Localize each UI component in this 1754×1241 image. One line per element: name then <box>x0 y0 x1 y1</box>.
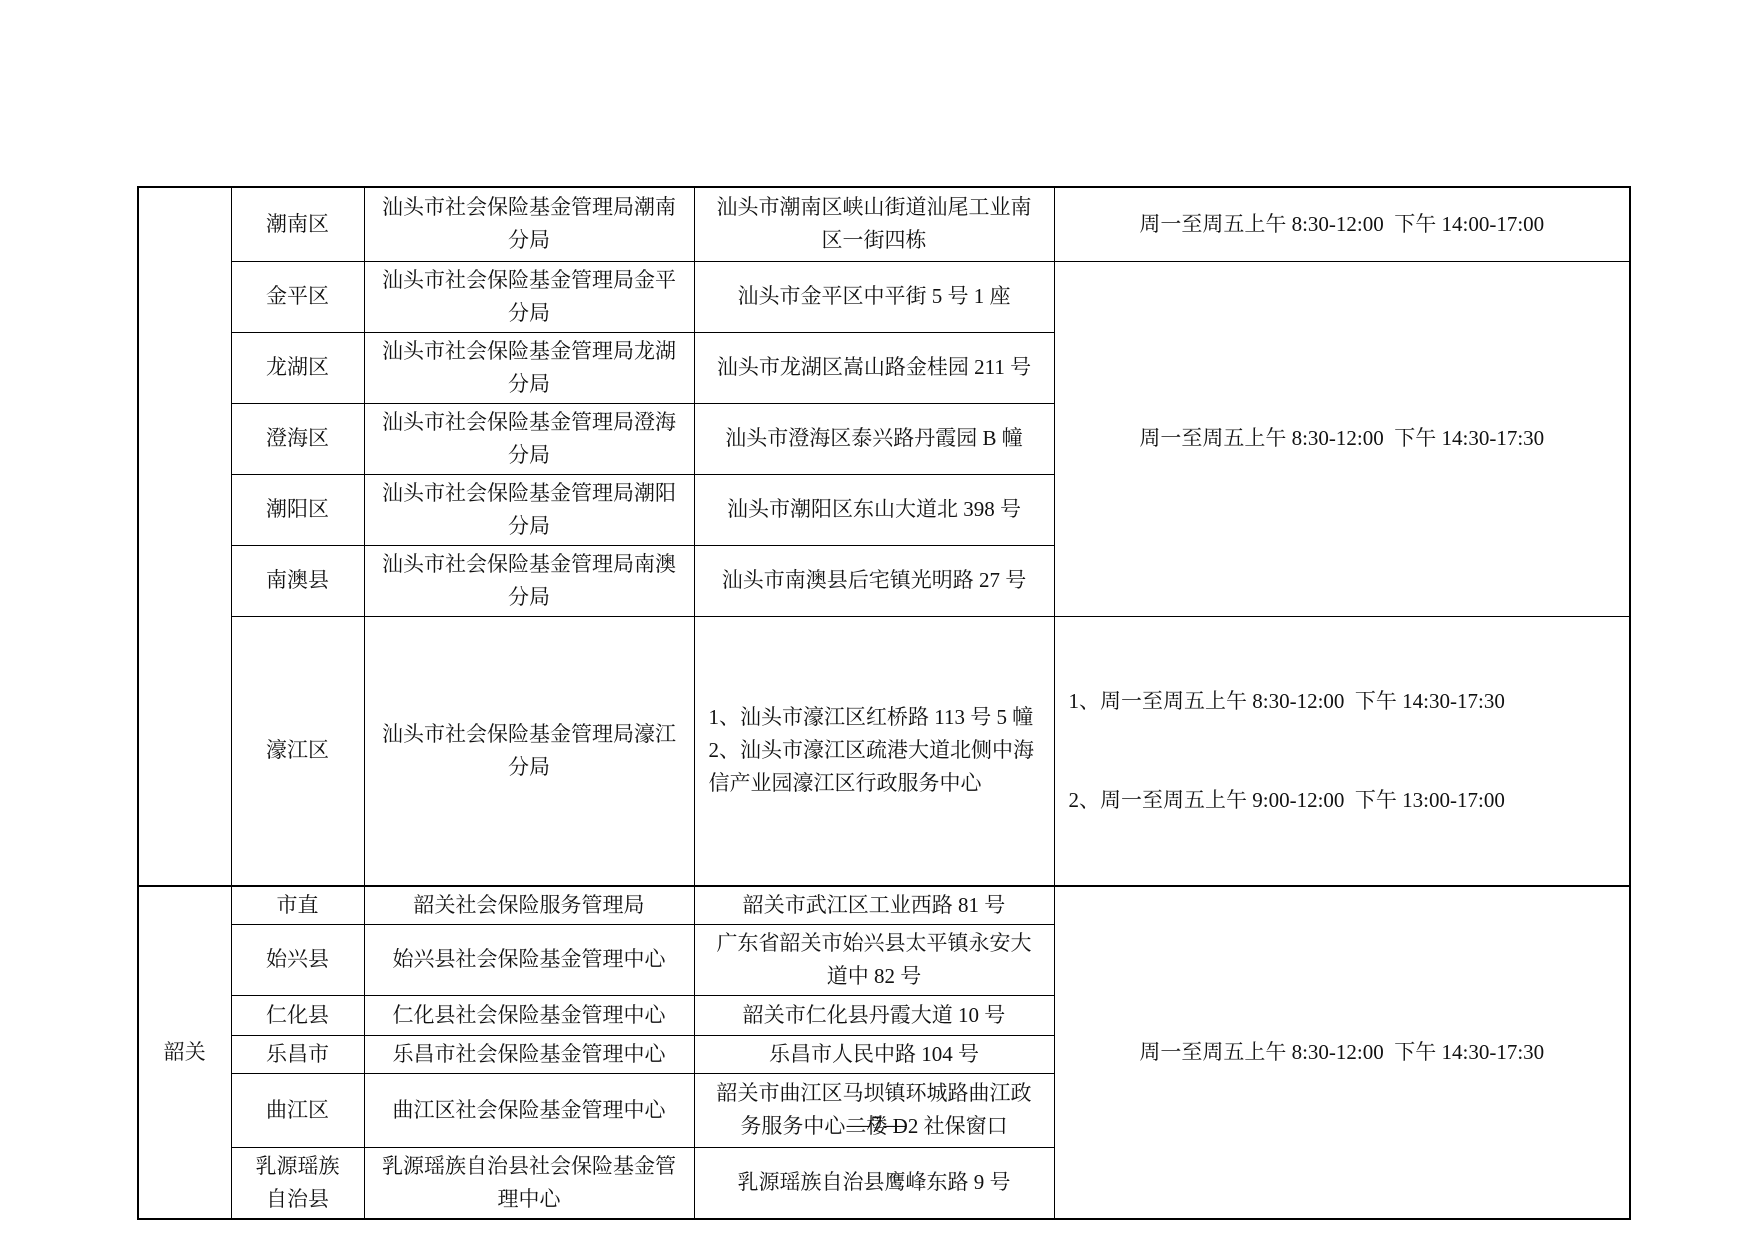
page-number: —7— <box>0 1112 1754 1138</box>
address-line-2: 2、汕头市濠江区疏港大道北侧中海信产业园濠江区行政服务中心 <box>709 734 1040 800</box>
cell-city-shantou-empty <box>138 187 231 886</box>
cell-address: 汕头市潮南区峡山街道汕尾工业南区一街四栋 <box>694 187 1054 261</box>
cell-agency: 韶关社会保险服务管理局 <box>364 886 694 925</box>
cell-agency: 汕头市社会保险基金管理局濠江分局 <box>364 616 694 886</box>
cell-address: 韶关市仁化县丹霞大道 10 号 <box>694 995 1054 1035</box>
cell-address: 乐昌市人民中路 104 号 <box>694 1035 1054 1073</box>
cell-agency: 汕头市社会保险基金管理局南澳分局 <box>364 545 694 616</box>
cell-hours-haojiang: 1、周一至周五上午 8:30-12:00 下午 14:30-17:30 2、周一… <box>1054 616 1630 886</box>
cell-hours: 周一至周五上午 8:30-12:00 下午 14:00-17:00 <box>1054 187 1630 261</box>
cell-city-shaoguan: 韶关 <box>138 886 231 1219</box>
cell-district: 南澳县 <box>231 545 364 616</box>
cell-hours-merged-shantou: 周一至周五上午 8:30-12:00 下午 14:30-17:30 <box>1054 261 1630 616</box>
table-row: 金平区 汕头市社会保险基金管理局金平分局 汕头市金平区中平街 5 号 1 座 周… <box>138 261 1630 332</box>
cell-district: 乳源瑶族自治县 <box>231 1147 364 1219</box>
cell-address: 汕头市澄海区泰兴路丹霞园 B 幢 <box>694 403 1054 474</box>
cell-address: 汕头市金平区中平街 5 号 1 座 <box>694 261 1054 332</box>
hours-line-1: 1、周一至周五上午 8:30-12:00 下午 14:30-17:30 <box>1069 685 1616 718</box>
table-row: 潮南区 汕头市社会保险基金管理局潮南分局 汕头市潮南区峡山街道汕尾工业南区一街四… <box>138 187 1630 261</box>
cell-district: 潮阳区 <box>231 474 364 545</box>
cell-district: 濠江区 <box>231 616 364 886</box>
cell-agency: 乐昌市社会保险基金管理中心 <box>364 1035 694 1073</box>
cell-district: 龙湖区 <box>231 332 364 403</box>
cell-address: 汕头市龙湖区嵩山路金桂园 211 号 <box>694 332 1054 403</box>
cell-agency: 乳源瑶族自治县社会保险基金管理中心 <box>364 1147 694 1219</box>
agency-table: 潮南区 汕头市社会保险基金管理局潮南分局 汕头市潮南区峡山街道汕尾工业南区一街四… <box>137 186 1631 1220</box>
cell-district: 始兴县 <box>231 924 364 995</box>
cell-agency: 汕头市社会保险基金管理局金平分局 <box>364 261 694 332</box>
cell-address-haojiang: 1、汕头市濠江区红桥路 113 号 5 幢 2、汕头市濠江区疏港大道北侧中海信产… <box>694 616 1054 886</box>
address-line-1: 1、汕头市濠江区红桥路 113 号 5 幢 <box>709 701 1040 734</box>
cell-agency: 汕头市社会保险基金管理局澄海分局 <box>364 403 694 474</box>
document-page: 潮南区 汕头市社会保险基金管理局潮南分局 汕头市潮南区峡山街道汕尾工业南区一街四… <box>0 0 1754 1241</box>
table-row: 韶关 市直 韶关社会保险服务管理局 韶关市武江区工业西路 81 号 周一至周五上… <box>138 886 1630 925</box>
cell-district: 仁化县 <box>231 995 364 1035</box>
cell-agency: 汕头市社会保险基金管理局潮南分局 <box>364 187 694 261</box>
table-row: 濠江区 汕头市社会保险基金管理局濠江分局 1、汕头市濠江区红桥路 113 号 5… <box>138 616 1630 886</box>
cell-address: 广东省韶关市始兴县太平镇永安大道中 82 号 <box>694 924 1054 995</box>
cell-agency: 仁化县社会保险基金管理中心 <box>364 995 694 1035</box>
cell-address: 汕头市潮阳区东山大道北 398 号 <box>694 474 1054 545</box>
cell-district: 澄海区 <box>231 403 364 474</box>
cell-address: 韶关市武江区工业西路 81 号 <box>694 886 1054 925</box>
cell-address: 汕头市南澳县后宅镇光明路 27 号 <box>694 545 1054 616</box>
cell-agency: 始兴县社会保险基金管理中心 <box>364 924 694 995</box>
cell-district: 市直 <box>231 886 364 925</box>
hours-line-2: 2、周一至周五上午 9:00-12:00 下午 13:00-17:00 <box>1069 784 1616 817</box>
cell-district: 乐昌市 <box>231 1035 364 1073</box>
cell-agency: 汕头市社会保险基金管理局龙湖分局 <box>364 332 694 403</box>
cell-address: 乳源瑶族自治县鹰峰东路 9 号 <box>694 1147 1054 1219</box>
cell-agency: 汕头市社会保险基金管理局潮阳分局 <box>364 474 694 545</box>
cell-district: 潮南区 <box>231 187 364 261</box>
cell-hours-merged-shaoguan: 周一至周五上午 8:30-12:00 下午 14:30-17:30 <box>1054 886 1630 1219</box>
cell-district: 金平区 <box>231 261 364 332</box>
